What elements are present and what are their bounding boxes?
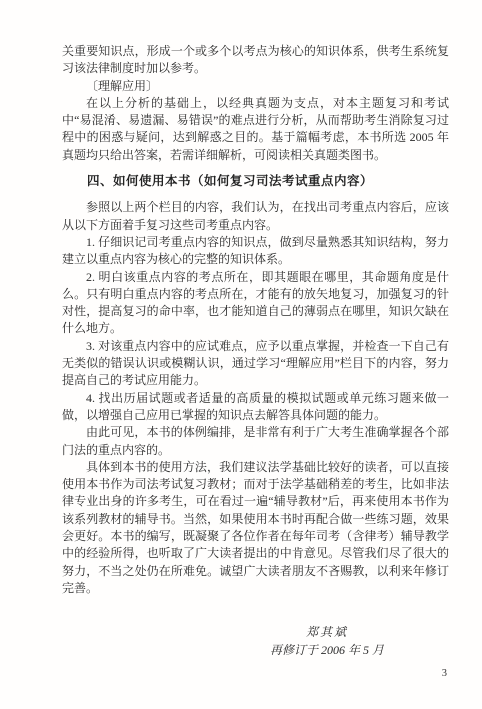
- body-paragraph: 由此可见，本书的体例编排，是非常有利于广大考生准确掌握各个部门法的重点内容的。: [62, 424, 449, 459]
- signature-name: 郑其斌: [247, 623, 407, 641]
- section-label-comprehension: 〔理解应用〕: [62, 78, 449, 95]
- signature-inner: 郑其斌 再修订于 2006 年 5 月: [247, 623, 407, 659]
- numbered-item-1: 1. 仔细识记司考重点内容的知识点，做到尽量熟悉其知识结构，努力建立以重点内容为…: [62, 234, 449, 269]
- book-page: 关重要知识点，形成一个或多个以考点为核心的知识体系，供考生系统复习该法律制度时加…: [0, 0, 482, 709]
- body-text-block: 关重要知识点，形成一个或多个以考点为核心的知识体系，供考生系统复习该法律制度时加…: [62, 43, 449, 597]
- body-paragraph: 具体到本书的使用方法，我们建议法学基础比较好的读者，可以直接使用本书作为司法考试…: [62, 459, 449, 597]
- page-number: 3: [442, 668, 447, 679]
- section-heading-how-to-use: 四、如何使用本书（如何复习司法考试重点内容）: [62, 173, 449, 190]
- numbered-item-3: 3. 对该重点内容中的应试难点，应予以重点掌握，并检查一下自己有无类似的错误认识…: [62, 338, 449, 390]
- body-paragraph: 在以上分析的基础上，以经典真题为支点，对本主题复习和考试中“易混淆、易遗漏、易错…: [62, 95, 449, 164]
- signature-date: 再修订于 2006 年 5 月: [247, 641, 407, 659]
- body-paragraph: 参照以上两个栏目的内容，我们认为，在找出司考重点内容后，应该从以下方面着手复习这…: [62, 199, 449, 234]
- body-paragraph-continuation: 关重要知识点，形成一个或多个以考点为核心的知识体系，供考生系统复习该法律制度时加…: [62, 43, 449, 78]
- numbered-item-2: 2. 明白该重点内容的考点所在，即其题眼在哪里，其命题角度是什么。只有明白重点内…: [62, 269, 449, 338]
- signature-block: 郑其斌 再修订于 2006 年 5 月: [62, 623, 449, 659]
- numbered-item-4: 4. 找出历届试题或者适量的高质量的模拟试题或单元练习题来做一做，以增强自己应用…: [62, 390, 449, 425]
